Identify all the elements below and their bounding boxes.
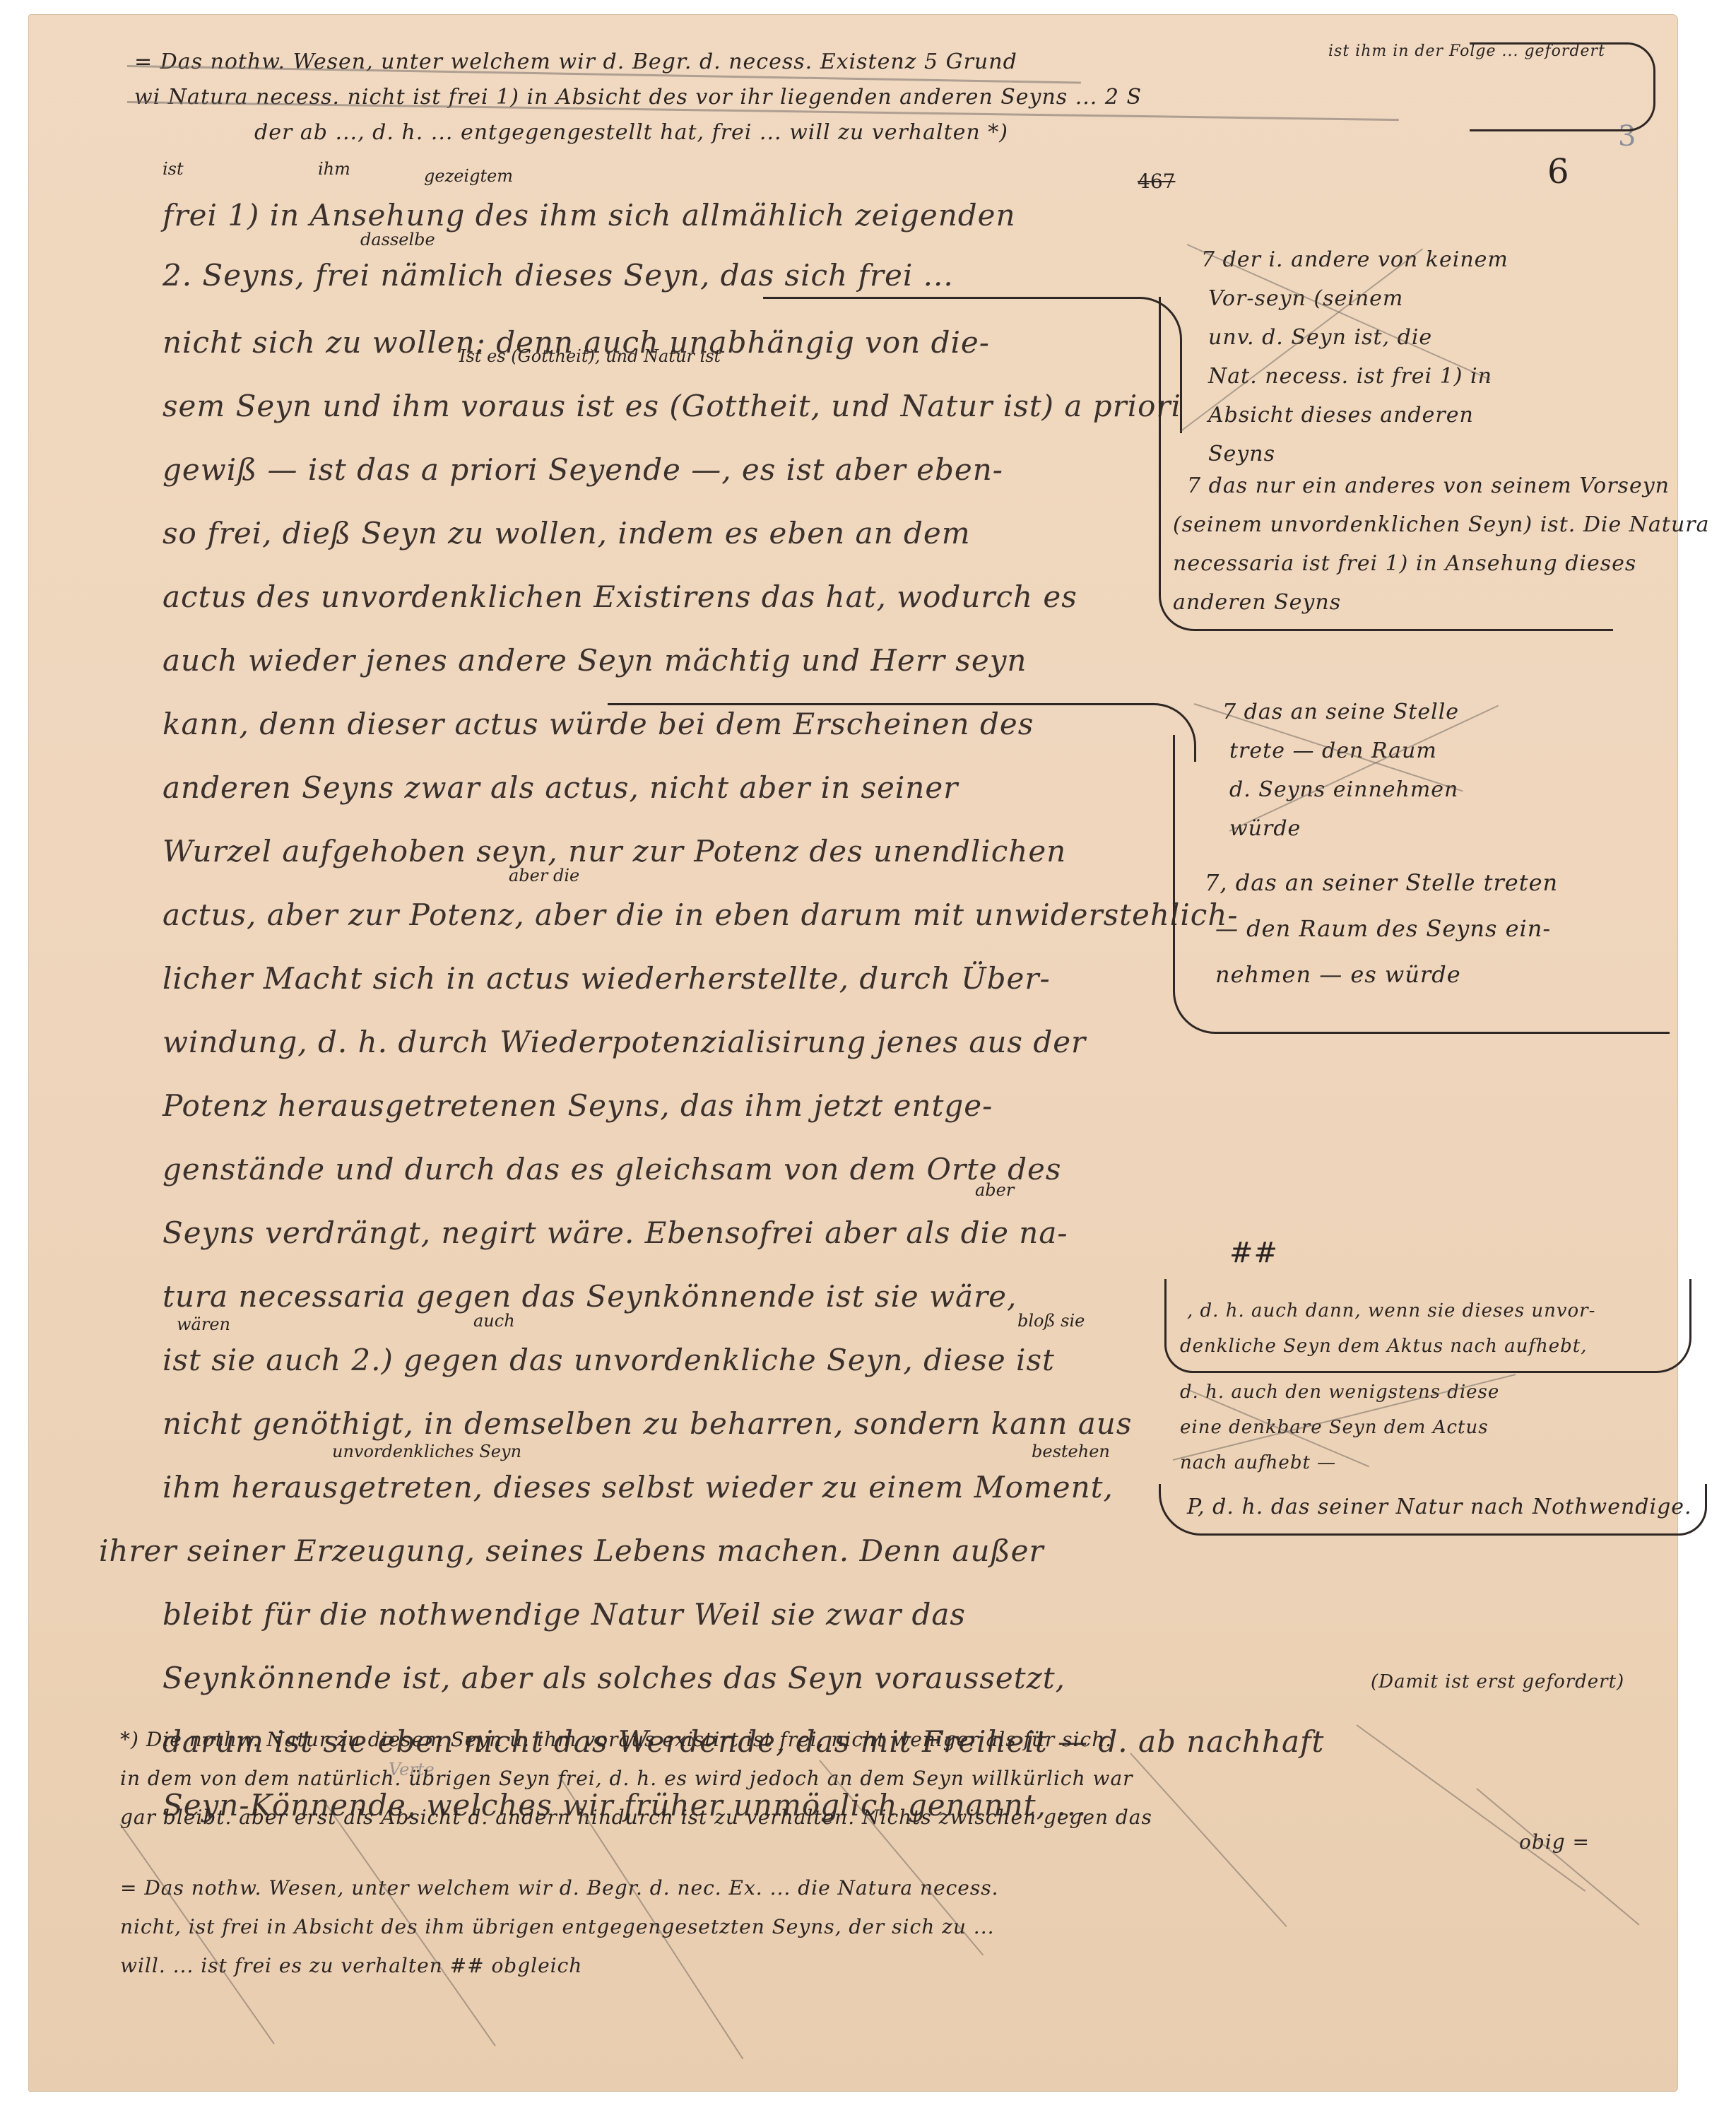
note-line: 7 der i. andere von keinem: [1201, 247, 1508, 272]
footnote-line: gar bleibt. aber erst als Absicht d. and…: [120, 1806, 1152, 1829]
body-line: ist sie auch 2.) gegen das unvordenklich…: [163, 1343, 1055, 1377]
footnote-line: nicht, ist frei in Absicht des ihm übrig…: [120, 1915, 995, 1938]
body-line: frei 1) in Ansehung des ihm sich allmähl…: [163, 198, 1016, 232]
interlinear-insert: aber: [975, 1180, 1014, 1200]
pencil-cancel-stroke: [1476, 1788, 1639, 1925]
body-line: Potenz herausgetretenen Seyns, das ihm j…: [163, 1088, 993, 1123]
note-line: d. Seyns einnehmen: [1229, 777, 1458, 802]
body-line: anderen Seyns zwar als actus, nicht aber…: [163, 770, 958, 805]
note-line: 7 das nur ein anderes von seinem Vorseyn: [1187, 473, 1670, 498]
body-line: nicht genöthigt, in demselben zu beharre…: [163, 1406, 1132, 1441]
manuscript-sheet: 3 6 467 = Das nothw. Wesen, unter welche…: [28, 14, 1678, 2092]
note-line: anderen Seyns: [1173, 590, 1341, 615]
deleted-number: 467: [1138, 170, 1175, 193]
insertion-connector: [608, 703, 1196, 762]
interlinear-insert: aber die: [509, 866, 579, 885]
margin-bracket: [1159, 1484, 1707, 1536]
body-line: gewiß — ist das a priori Seyende —, es i…: [163, 452, 1003, 487]
note-line: nach aufhebt —: [1180, 1452, 1336, 1473]
note-line: 7, das an seiner Stelle treten: [1205, 869, 1558, 896]
interlinear-insert: bloß sie: [1017, 1311, 1085, 1331]
body-line: ihrer seiner Erzeugung, seines Lebens ma…: [99, 1533, 1044, 1568]
body-line: Seynkönnende ist, aber als solches das S…: [163, 1661, 1065, 1695]
note-line: 7 das an seine Stelle: [1222, 700, 1459, 724]
footnote-line: will. ... ist frei es zu verhalten ## ob…: [120, 1954, 582, 1977]
note-line: — den Raum des Seyns ein-: [1215, 915, 1551, 942]
interlinear-insert: gezeigtem: [424, 166, 513, 186]
body-line: Seyns verdrängt, negirt wäre. Ebensofrei…: [163, 1215, 1068, 1250]
footnote-line: in dem von dem natürlich. übrigen Seyn f…: [120, 1767, 1133, 1790]
interlinear-insert: auch: [473, 1311, 515, 1331]
note-line: (Damit ist erst gefordert): [1371, 1671, 1624, 1692]
pencil-cancel-stroke: [1130, 1753, 1287, 1927]
body-line: bleibt für die nothwendige Natur Weil si…: [163, 1597, 966, 1632]
header-line: = Das nothw. Wesen, unter welchem wir d.…: [134, 49, 1017, 74]
insertion-marker: ##: [1229, 1237, 1278, 1269]
header-line: wi Natura necess. nicht ist frei 1) in A…: [134, 85, 1142, 110]
interlinear-insert: unvordenkliches Seyn: [332, 1442, 521, 1461]
insertion-connector: [763, 297, 1182, 433]
note-line: necessaria ist frei 1) in Ansehung diese…: [1173, 551, 1636, 576]
body-line: so frei, dieß Seyn zu wollen, indem es e…: [163, 516, 971, 550]
body-line: licher Macht sich in actus wiederherstel…: [163, 961, 1051, 996]
interlinear-insert: wären: [177, 1314, 230, 1334]
margin-bracket: [1159, 297, 1613, 631]
interlinear-insert: dasselbe: [360, 230, 435, 249]
body-line: actus, aber zur Potenz, aber die in eben…: [163, 897, 1239, 932]
body-line: tura necessaria gegen das Seynkönnende i…: [163, 1279, 1017, 1314]
body-line: auch wieder jenes andere Seyn mächtig un…: [163, 643, 1027, 678]
interlinear-insert: ist: [163, 159, 184, 179]
note-line: würde: [1229, 816, 1301, 841]
margin-bracket: [1164, 1279, 1691, 1373]
body-line: Wurzel aufgehoben seyn, nur zur Potenz d…: [163, 834, 1066, 868]
body-line: windung, d. h. durch Wiederpotenzialisir…: [163, 1025, 1086, 1059]
note-line: nehmen — es würde: [1215, 961, 1461, 988]
header-margin-note: ist ihm in der Folge ... gefordert: [1328, 42, 1605, 60]
note-line: trete — den Raum: [1229, 738, 1437, 763]
body-line: 2. Seyns, frei nämlich dieses Seyn, das …: [163, 258, 954, 293]
body-line: ihm herausgetreten, dieses selbst wieder…: [163, 1470, 1114, 1504]
interlinear-insert: ihm: [318, 159, 350, 179]
body-line: actus des unvordenklichen Existirens das…: [163, 579, 1077, 614]
header-line: der ab ..., d. h. ... entgegengestellt h…: [254, 120, 1008, 145]
body-line: genstände und durch das es gleichsam von…: [163, 1152, 1061, 1186]
pencil-cancel-stroke: [1356, 1724, 1586, 1892]
footnote-line: = Das nothw. Wesen, unter welchem wir d.…: [120, 1876, 999, 1900]
interlinear-insert: bestehen: [1032, 1442, 1110, 1461]
note-line: d. h. auch den wenigstens diese: [1180, 1382, 1499, 1403]
footnote-line: *) Die nothw. Natur zu diesem Seyn u. ih…: [120, 1728, 1112, 1751]
interlinear-insert: Ist es (Gottheit), und Natur ist: [459, 346, 721, 366]
note-line: (seinem unvordenklichen Seyn) ist. Die N…: [1173, 512, 1710, 537]
page-number: 6: [1547, 152, 1569, 192]
